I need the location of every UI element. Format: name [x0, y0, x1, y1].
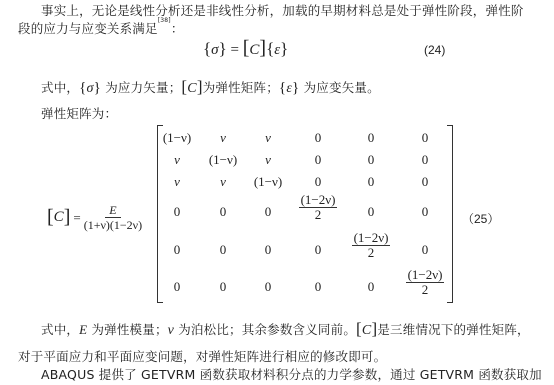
matrix-cell: 0	[395, 204, 455, 220]
brace: {	[79, 80, 86, 96]
matrix-cell: 0	[288, 279, 348, 295]
paragraph-line: 段的应力与应变关系满足[38]：	[18, 19, 184, 37]
equation-number: （25）	[462, 210, 499, 227]
scalar-fraction: E (1+ν)(1−2ν)	[84, 203, 142, 232]
matrix-cell-fraction: (1−2ν)2	[395, 268, 455, 297]
paragraph-text: 式中，	[41, 80, 79, 95]
paragraph-text: 为应变矢量。	[299, 80, 379, 95]
matrix-cell-fraction: (1−2ν)2	[341, 231, 401, 260]
equation-25-lhs: [C] = E (1+ν)(1−2ν)	[47, 203, 142, 232]
bracket: ]	[64, 206, 71, 229]
matrix-cell: 0	[341, 174, 401, 190]
matrix-cell: 0	[395, 242, 455, 258]
brace: }	[219, 39, 227, 58]
matrix-cell: 0	[341, 279, 401, 295]
c-matrix-symbol: C	[249, 42, 259, 58]
matrix-cell: 0	[341, 130, 401, 146]
matrix-cell: 0	[288, 130, 348, 146]
matrix-cell: 0	[395, 130, 455, 146]
paragraph-text: 为弹性模量；	[87, 322, 167, 337]
paragraph-line: ABAQUS 提供了 GETVRM 函数获取材料积分点的力学参数，通过 GETV…	[41, 365, 542, 383]
matrix-cell: 0	[395, 152, 455, 168]
matrix-cell: 0	[395, 174, 455, 190]
fraction-denominator: 2	[368, 246, 375, 260]
c-matrix-symbol: C	[54, 209, 64, 226]
paragraph-line: 式中，{σ} 为应力矢量；[C]为弹性矩阵；{ε} 为应变矢量。	[41, 77, 380, 97]
paragraph-text: 为应力矢量；	[101, 80, 181, 95]
fraction-numerator: (1−2ν)	[299, 193, 338, 208]
paragraph-line: 对于平面应力和平面应变问题，对弹性矩阵进行相应的修改即可。	[18, 347, 386, 365]
matrix-cell: 0	[341, 152, 401, 168]
paragraph-text: 为弹性矩阵；	[203, 80, 279, 95]
citation-ref[interactable]: [38]	[158, 17, 171, 24]
matrix-cell: 0	[288, 174, 348, 190]
fraction-numerator: (1−2ν)	[406, 268, 445, 283]
sigma-symbol: σ	[211, 42, 218, 58]
bracket: [	[47, 206, 54, 229]
paragraph-text: 是三维情况下的弹性矩阵，	[377, 322, 529, 337]
fraction-numerator: (1−2ν)	[352, 231, 391, 246]
fraction-denominator: (1+ν)(1−2ν)	[84, 218, 142, 232]
paragraph-text: 为泊松比；其余参数含义同前。	[174, 322, 356, 337]
brace: }	[280, 39, 288, 58]
equation-number: (24)	[424, 43, 445, 57]
paragraph-line: 事实上，无论是线性分析还是非线性分析，加载的早期材料总是处于弹性阶段，弹性阶	[41, 1, 524, 19]
paragraph-line: 弹性矩阵为：	[41, 104, 117, 122]
brace: {	[203, 39, 211, 58]
sigma-symbol: σ	[87, 81, 94, 96]
matrix-cell: 0	[341, 204, 401, 220]
brace: }	[94, 80, 101, 96]
fraction-denominator: 2	[422, 283, 429, 297]
matrix-cell: 0	[288, 152, 348, 168]
paragraph-line: 式中，E 为弹性模量；ν 为泊松比；其余参数含义同前。[C]是三维情况下的弹性矩…	[41, 319, 530, 339]
c-matrix-symbol: C	[187, 81, 197, 96]
equals-sign: =	[231, 42, 239, 58]
equation-24: {σ} = [C]{ε}	[203, 37, 288, 60]
fraction-numerator: E	[105, 203, 120, 218]
paragraph-text: 段的应力与应变关系满足	[18, 21, 158, 36]
elasticity-matrix: (1−ν) ν ν 0 0 0 ν (1−ν) ν 0 0 0 ν ν (1−ν…	[157, 125, 453, 303]
equals-sign: =	[73, 210, 80, 226]
matrix-cell-fraction: (1−2ν)2	[288, 193, 348, 222]
matrix-cell: 0	[288, 242, 348, 258]
paragraph-text: ：	[171, 21, 184, 36]
paragraph-text: 式中，	[41, 322, 79, 337]
fraction-denominator: 2	[315, 208, 322, 222]
